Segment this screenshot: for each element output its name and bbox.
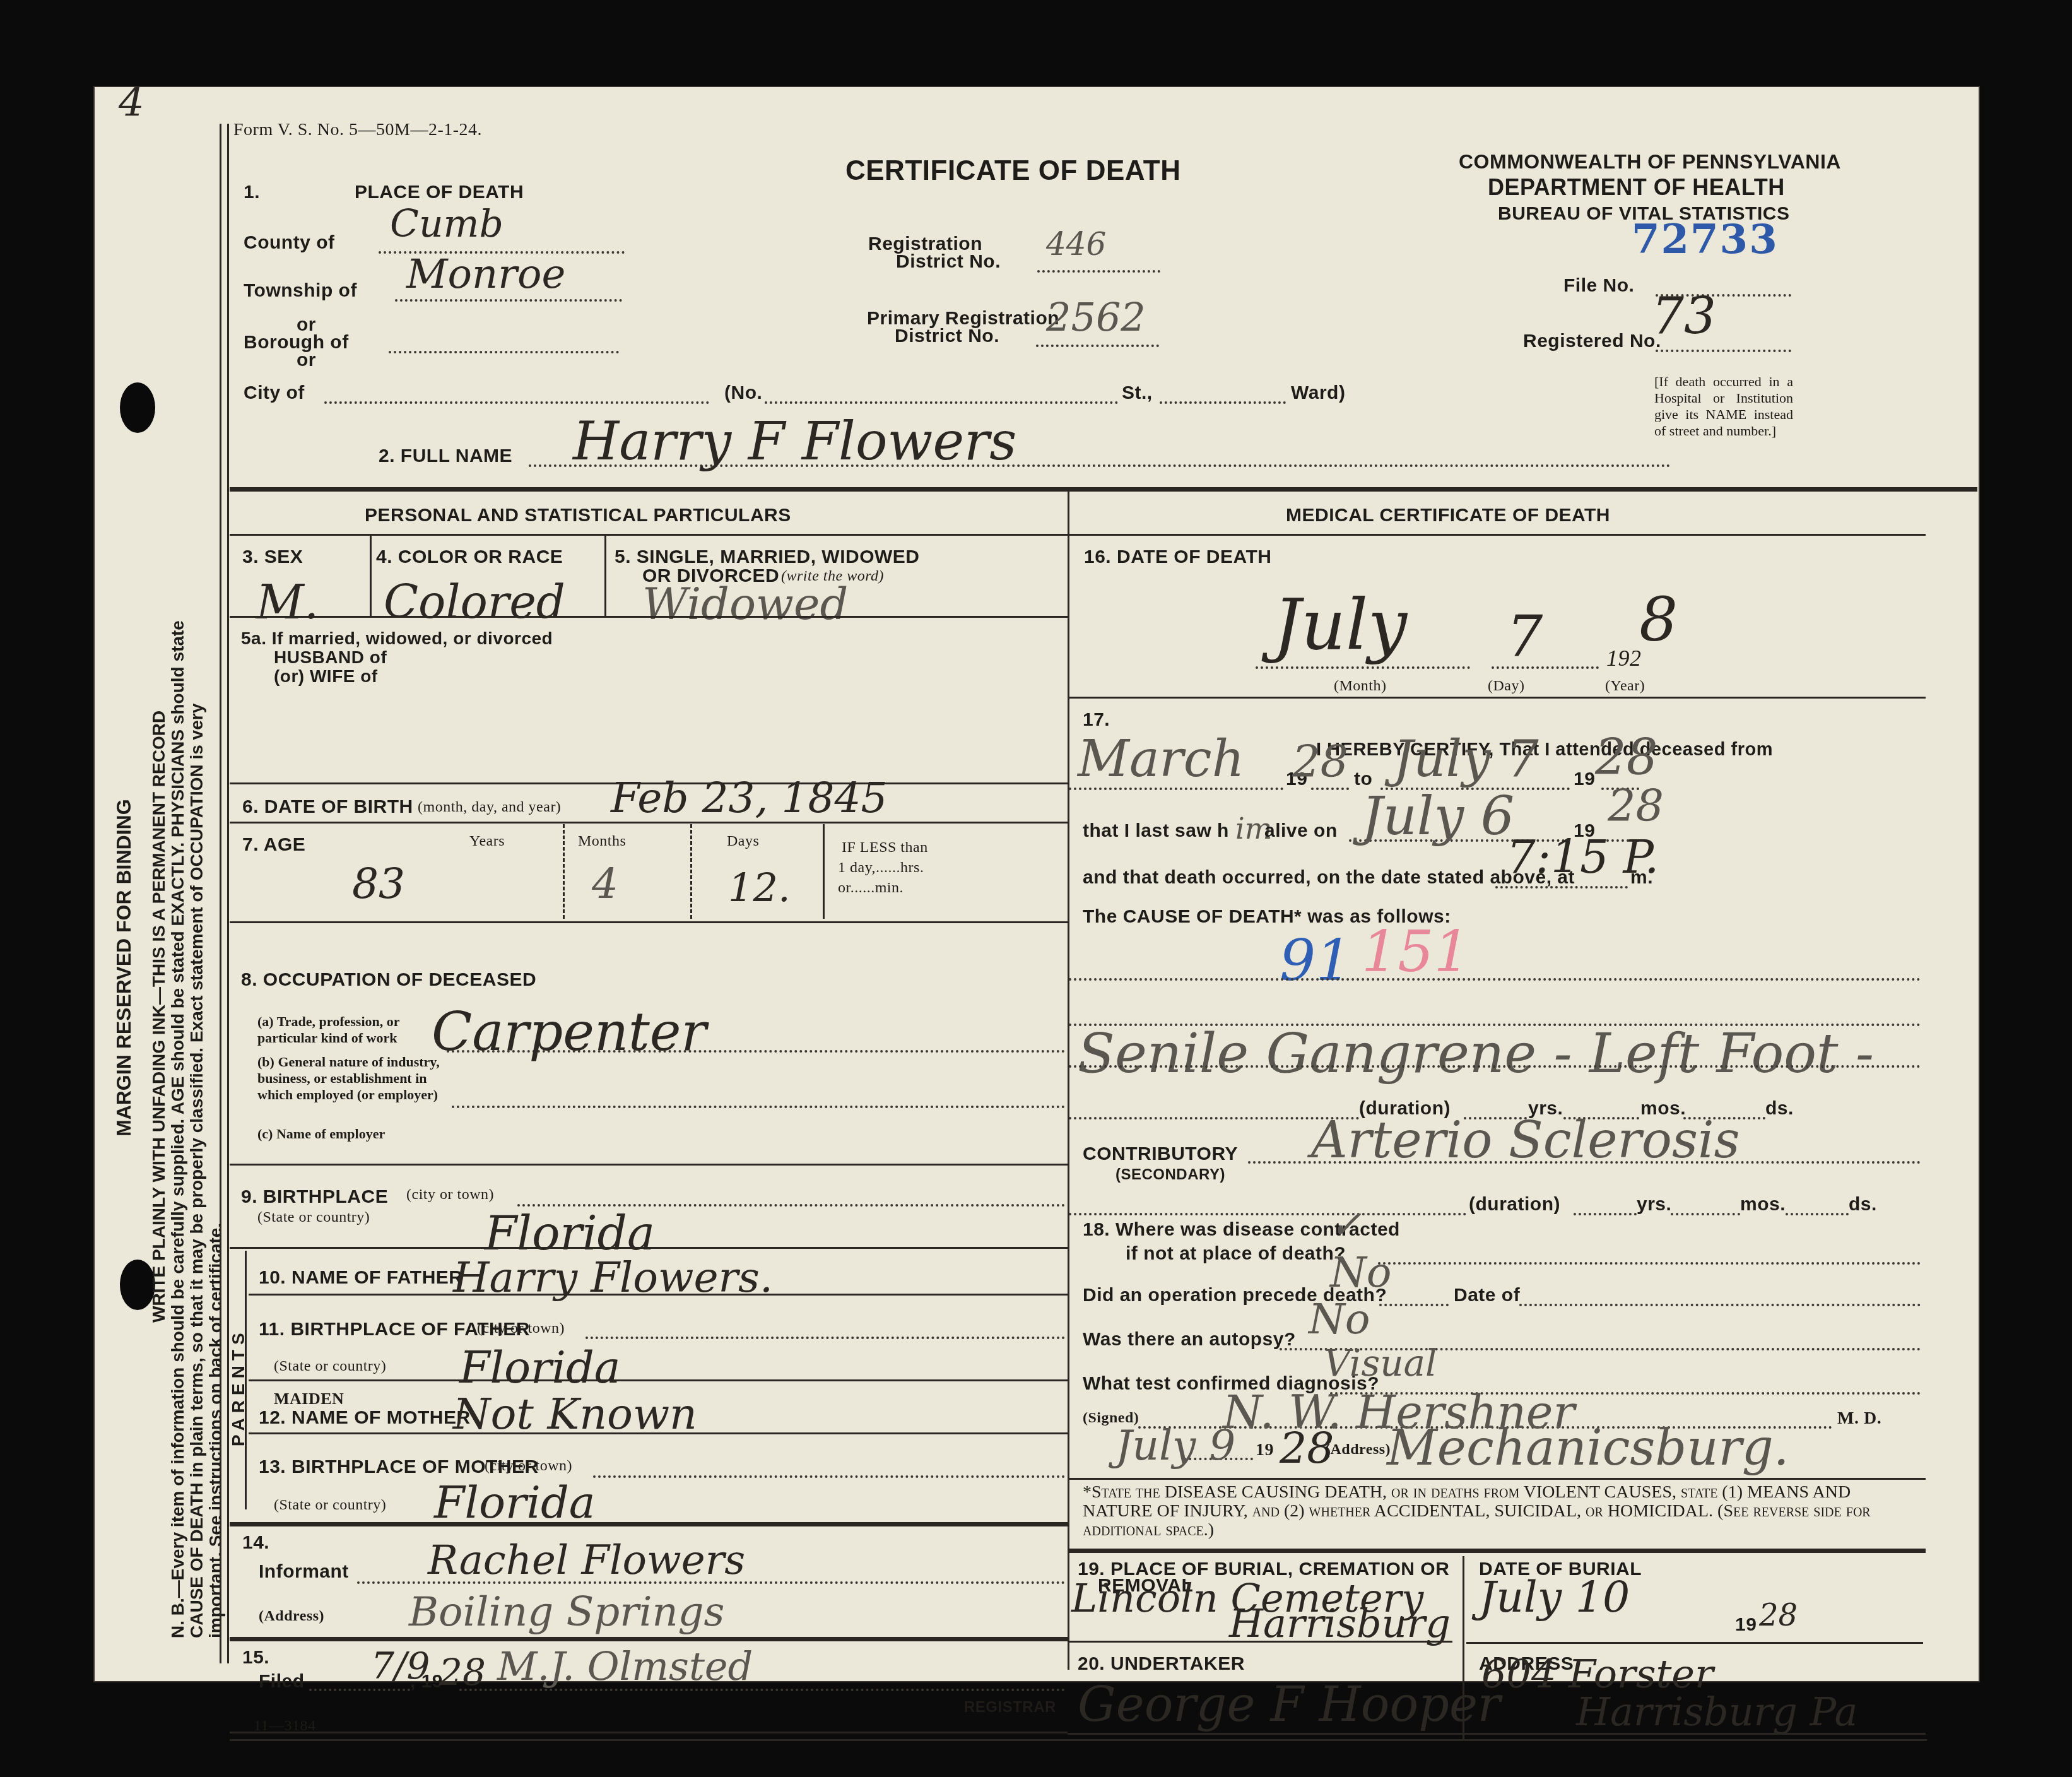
row-6-rule bbox=[230, 822, 1068, 824]
personal-title-rule bbox=[230, 534, 1068, 536]
corner-annotation: 4 bbox=[119, 80, 144, 126]
township-field[interactable] bbox=[395, 299, 622, 302]
contributory-duration-lead[interactable] bbox=[1069, 1213, 1466, 1215]
cause-line-1[interactable] bbox=[1069, 978, 1921, 981]
row-12-rule bbox=[249, 1432, 1068, 1434]
filed-label: Filed bbox=[259, 1671, 305, 1692]
birthplace-city-hint: (city or town) bbox=[406, 1186, 494, 1203]
burial-year-value: 28 bbox=[1759, 1598, 1798, 1633]
sex-value: M. bbox=[256, 576, 319, 630]
death-time-suffix: m. bbox=[1630, 867, 1653, 888]
marital-value: Widowed bbox=[642, 578, 848, 630]
certificate-title: CERTIFICATE OF DEATH bbox=[845, 155, 1180, 187]
mother-city-hint: (city or town) bbox=[485, 1458, 572, 1475]
last-saw-year-value: 28 bbox=[1608, 780, 1664, 832]
section-18-value: ✓ bbox=[1330, 1203, 1362, 1247]
bottom-rule-2 bbox=[230, 1739, 1927, 1741]
binding-hole-top bbox=[120, 382, 155, 433]
cause-line-3[interactable] bbox=[1069, 1065, 1921, 1068]
undertaker-value: George F Hooper bbox=[1078, 1676, 1500, 1732]
mother-name-label: 12. NAME OF MOTHER bbox=[259, 1407, 471, 1429]
burial-place-value-2: Harrisburg bbox=[1229, 1600, 1451, 1646]
dod-year-value: 8 bbox=[1639, 584, 1678, 655]
occupation-b-field[interactable] bbox=[452, 1106, 1065, 1108]
margin-instruction-3: CAUSE OF DEATH in plain terms, so that i… bbox=[187, 704, 207, 1638]
footnote-rule bbox=[1068, 1549, 1926, 1553]
dod-month-value: July bbox=[1273, 584, 1407, 665]
occupation-a-label: (a) Trade, profession, or particular kin… bbox=[257, 1013, 447, 1046]
registration-district-label-2: District No. bbox=[896, 251, 1001, 273]
ward-field[interactable] bbox=[1160, 401, 1286, 404]
cause-code-red: 151 bbox=[1362, 919, 1470, 985]
burial-year-prefix: 19 bbox=[1735, 1614, 1757, 1636]
or-label-2: or bbox=[297, 350, 316, 371]
secondary-label: (SECONDARY) bbox=[1115, 1166, 1225, 1184]
last-saw-label: that I last saw h bbox=[1083, 820, 1229, 842]
age-years-value: 83 bbox=[352, 859, 405, 908]
dob-label: 6. DATE OF BIRTH bbox=[242, 796, 413, 818]
registered-no-field[interactable] bbox=[1656, 350, 1791, 352]
section-18-label-2: if not at place of death? bbox=[1126, 1243, 1346, 1265]
years-months-divider bbox=[563, 824, 565, 919]
sign-year-prefix: 19 bbox=[1256, 1440, 1274, 1460]
duration2-mos-field[interactable] bbox=[1671, 1213, 1740, 1215]
attended-from-value: March bbox=[1078, 729, 1244, 788]
occupation-b-label: (b) General nature of industry, business… bbox=[257, 1054, 447, 1103]
department-heading: DEPARTMENT OF HEALTH bbox=[1488, 174, 1785, 201]
undertaker-rule bbox=[1068, 1733, 1926, 1735]
age-months-value: 4 bbox=[592, 859, 618, 908]
filed-year-prefix: , 19 bbox=[410, 1671, 443, 1692]
dob-value: Feb 23, 1845 bbox=[611, 774, 887, 822]
section-17-number: 17. bbox=[1083, 709, 1110, 731]
father-city-hint: (city or town) bbox=[477, 1320, 565, 1337]
form-number: Form V. S. No. 5—50M—2-1-24. bbox=[233, 120, 482, 140]
contributory-label: CONTRIBUTORY bbox=[1083, 1143, 1238, 1165]
burial-place-rule bbox=[1068, 1641, 1452, 1643]
signature-rule bbox=[1068, 1478, 1926, 1480]
spouse-label-1: 5a. If married, widowed, or divorced bbox=[241, 629, 553, 649]
margin-binding-title: MARGIN RESERVED FOR BINDING bbox=[112, 799, 136, 1136]
dod-month-field[interactable] bbox=[1256, 666, 1470, 669]
certify-text: I HEREBY CERTIFY, That I attended deceas… bbox=[1316, 740, 1773, 760]
death-certificate-page: 4 MARGIN RESERVED FOR BINDING WRITE PLAI… bbox=[93, 86, 1980, 1682]
years-label: Years bbox=[469, 833, 505, 850]
registrar-label: REGISTRAR bbox=[964, 1699, 1056, 1716]
margin-instruction-2: N. B.—Every item of information should b… bbox=[168, 620, 188, 1638]
months-days-divider bbox=[690, 824, 692, 919]
spouse-label-2: HUSBAND of bbox=[274, 647, 387, 668]
duration2-ds-field[interactable] bbox=[1786, 1213, 1849, 1215]
year-hint: (Year) bbox=[1605, 678, 1645, 695]
attended-to-year-prefix: 19 bbox=[1574, 769, 1595, 790]
mos-label-2: mos. bbox=[1740, 1194, 1786, 1215]
occupation-a-value: Carpenter bbox=[432, 1001, 707, 1063]
row-9-rule bbox=[230, 1247, 1068, 1249]
primary-registration-label-2: District No. bbox=[895, 326, 999, 347]
father-birthplace-city-field[interactable] bbox=[586, 1337, 1065, 1339]
row-8-rule bbox=[230, 1164, 1068, 1166]
burial-date-value: July 10 bbox=[1479, 1573, 1630, 1622]
street-no-label: (No. bbox=[724, 382, 762, 404]
ward-label: Ward) bbox=[1291, 382, 1345, 404]
street-no-field[interactable] bbox=[765, 401, 1118, 404]
county-value: Cumb bbox=[390, 202, 503, 246]
bottom-rule-1 bbox=[230, 1732, 1068, 1733]
dod-year-prefix: 192 bbox=[1606, 645, 1642, 671]
city-field[interactable] bbox=[324, 401, 709, 404]
mother-birthplace-value: Florida bbox=[434, 1477, 596, 1528]
mother-birthplace-city-field[interactable] bbox=[593, 1475, 1065, 1478]
less-than-line-3: or......min. bbox=[838, 880, 904, 897]
yrs-label-2: yrs. bbox=[1637, 1194, 1671, 1215]
primary-registration-value: 2562 bbox=[1046, 294, 1146, 340]
age-label: 7. AGE bbox=[242, 834, 305, 856]
filed-year-value: 28 bbox=[439, 1651, 486, 1694]
registered-no-value: 73 bbox=[1652, 286, 1716, 345]
row-3-rule bbox=[230, 616, 1068, 618]
operation-date-label: Date of bbox=[1454, 1285, 1520, 1306]
informant-address-label: (Address) bbox=[259, 1608, 324, 1625]
attended-to-year-value: 28 bbox=[1595, 729, 1657, 786]
street-label: St., bbox=[1122, 382, 1153, 404]
medical-title-rule bbox=[1068, 534, 1926, 536]
file-no-label: File No. bbox=[1563, 275, 1634, 297]
md-label: M. D. bbox=[1837, 1408, 1881, 1429]
physician-address-value: Mechanicsburg. bbox=[1387, 1420, 1789, 1477]
column-divider bbox=[1068, 490, 1069, 1670]
less-than-line-2: 1 day,......hrs. bbox=[838, 859, 924, 877]
full-name-label: 2. FULL NAME bbox=[379, 446, 512, 467]
marital-label-1: 5. SINGLE, MARRIED, WIDOWED bbox=[615, 546, 920, 568]
cause-of-death-value: Senile Gangrene - Left Foot - bbox=[1078, 1022, 1874, 1085]
attended-from-year-value: 28 bbox=[1292, 736, 1348, 788]
duration-label-2: (duration) bbox=[1469, 1194, 1560, 1215]
borough-field[interactable] bbox=[389, 351, 619, 353]
spouse-label-3: (or) WIFE of bbox=[274, 666, 378, 687]
race-label: 4. COLOR OR RACE bbox=[376, 546, 563, 568]
death-time-field[interactable] bbox=[1495, 886, 1628, 888]
burial-date-rule bbox=[1466, 1642, 1923, 1644]
operation-field[interactable] bbox=[1379, 1304, 1449, 1306]
race-value: Colored bbox=[384, 576, 565, 629]
contributory-value: Arterio Sclerosis bbox=[1311, 1111, 1740, 1169]
race-marital-divider bbox=[604, 534, 606, 616]
city-label: City of bbox=[244, 382, 305, 404]
day-hint: (Day) bbox=[1488, 678, 1524, 695]
occupation-label: 8. OCCUPATION OF DECEASED bbox=[241, 969, 536, 991]
row-13-rule bbox=[230, 1522, 1068, 1526]
alive-on-label: alive on bbox=[1264, 820, 1338, 842]
age-days-value: 12. bbox=[728, 865, 791, 911]
binding-rule-outer bbox=[220, 124, 221, 1663]
section-18-field[interactable] bbox=[1378, 1262, 1921, 1265]
occupation-c-label: (c) Name of employer bbox=[257, 1126, 385, 1142]
row-10-rule bbox=[249, 1294, 1068, 1296]
section-14-number: 14. bbox=[242, 1532, 269, 1554]
attended-to-value: July 7 bbox=[1393, 729, 1539, 788]
dob-hint: (month, day, and year) bbox=[418, 799, 561, 816]
father-state-hint: (State or country) bbox=[274, 1358, 386, 1375]
county-label: County of bbox=[244, 232, 334, 254]
registration-district-field[interactable] bbox=[1037, 270, 1160, 273]
father-name-label: 10. NAME OF FATHER bbox=[259, 1267, 462, 1289]
autopsy-label: Was there an autopsy? bbox=[1083, 1329, 1296, 1350]
sex-label: 3. SEX bbox=[242, 546, 303, 568]
file-stamp-number: 72733 bbox=[1632, 216, 1779, 263]
header-divider bbox=[230, 487, 1977, 492]
duration2-yrs-field[interactable] bbox=[1574, 1213, 1637, 1215]
township-value: Monroe bbox=[406, 251, 565, 298]
medical-section-title: MEDICAL CERTIFICATE OF DEATH bbox=[1286, 505, 1610, 526]
registrar-signature: M.J. Olmsted bbox=[497, 1643, 753, 1689]
informant-address-value: Boiling Springs bbox=[409, 1589, 724, 1636]
margin-instruction-4: important. See instructions on back of c… bbox=[206, 1223, 226, 1638]
operation-date-field[interactable] bbox=[1519, 1304, 1921, 1306]
month-hint: (Month) bbox=[1334, 678, 1387, 695]
sign-date-value: July 9 bbox=[1115, 1421, 1235, 1470]
ds-label-2: ds. bbox=[1849, 1194, 1877, 1215]
primary-registration-field[interactable] bbox=[1036, 345, 1159, 347]
attended-from-year-field[interactable] bbox=[1311, 788, 1349, 790]
informant-label: Informant bbox=[259, 1561, 349, 1583]
autopsy-value: No bbox=[1309, 1295, 1370, 1343]
undertaker-address-value-2: Harrisburg Pa bbox=[1576, 1689, 1858, 1735]
birthplace-state-hint: (State or country) bbox=[257, 1209, 370, 1226]
place-of-death-heading: PLACE OF DEATH bbox=[355, 182, 524, 203]
maiden-label: MAIDEN bbox=[274, 1390, 344, 1408]
registered-no-label: Registered No. bbox=[1523, 331, 1661, 352]
death-time-label: and that death occurred, on the date sta… bbox=[1083, 867, 1575, 888]
father-birthplace-value: Florida bbox=[459, 1342, 621, 1393]
last-saw-value: July 6 bbox=[1362, 785, 1514, 847]
hospital-note: [If death occurred in a Hospital or Inst… bbox=[1654, 374, 1793, 439]
informant-value: Rachel Flowers bbox=[428, 1537, 745, 1584]
operation-value: No bbox=[1330, 1248, 1392, 1297]
section-15-number: 15. bbox=[242, 1647, 269, 1668]
row-11-rule bbox=[249, 1379, 1068, 1381]
days-lessthan-divider bbox=[823, 824, 825, 919]
margin-instruction-1: WRITE PLAINLY WITH UNFADING INK—THIS IS … bbox=[149, 711, 169, 1323]
section-1-number: 1. bbox=[244, 182, 260, 203]
months-label: Months bbox=[578, 833, 626, 850]
sex-race-divider bbox=[370, 534, 372, 616]
row-14-rule bbox=[230, 1637, 1068, 1641]
parents-side-label: PARENTS bbox=[228, 1328, 249, 1446]
row-7-rule bbox=[230, 921, 1068, 923]
undertaker-label: 20. UNDERTAKER bbox=[1078, 1653, 1245, 1675]
less-than-line-1: IF LESS than bbox=[842, 839, 928, 856]
row-16-rule bbox=[1068, 697, 1926, 699]
personal-section-title: PERSONAL AND STATISTICAL PARTICULARS bbox=[365, 505, 791, 526]
birthplace-label: 9. BIRTHPLACE bbox=[241, 1186, 388, 1208]
dod-day-value: 7 bbox=[1507, 603, 1543, 670]
registration-district-value: 446 bbox=[1046, 226, 1106, 263]
township-label: Township of bbox=[244, 280, 357, 302]
ds-label-1: ds. bbox=[1765, 1098, 1794, 1119]
mother-state-hint: (State or country) bbox=[274, 1497, 386, 1514]
test-value: Visual bbox=[1324, 1342, 1437, 1384]
cause-code-blue: 91 bbox=[1280, 928, 1352, 994]
filed-date-field[interactable] bbox=[309, 1689, 410, 1691]
days-label: Days bbox=[727, 833, 759, 850]
physician-address-label: (Address) bbox=[1325, 1441, 1391, 1458]
cause-footnote: *State the DISEASE CAUSING DEATH, or in … bbox=[1083, 1483, 1922, 1540]
commonwealth-heading: COMMONWEALTH OF PENNSYLVANIA bbox=[1459, 150, 1841, 174]
date-of-death-label: 16. DATE OF DEATH bbox=[1084, 546, 1271, 568]
full-name-value: Harry F Flowers bbox=[573, 410, 1016, 472]
